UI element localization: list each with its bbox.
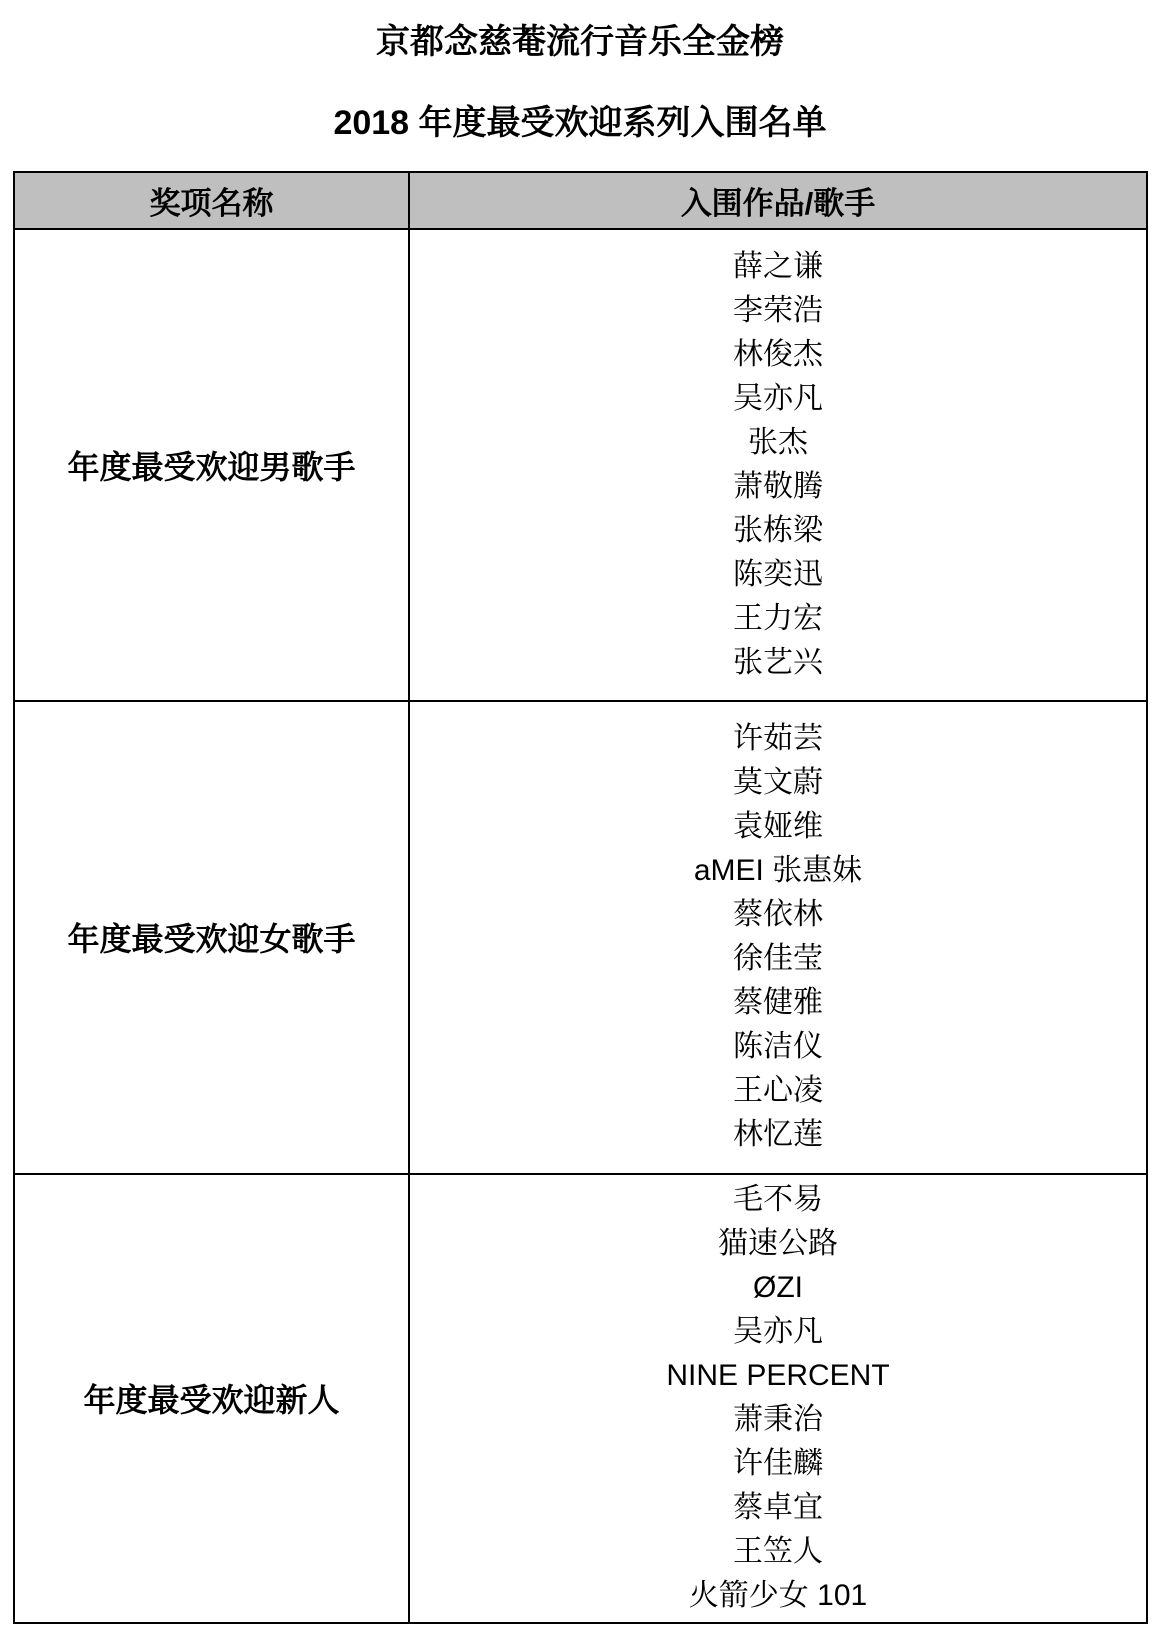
nominee-line: 吴亦凡	[410, 1310, 1146, 1354]
nominee-line: 毛不易	[410, 1178, 1146, 1222]
award-name-cell: 年度最受欢迎男歌手	[14, 229, 409, 701]
table-row: 年度最受欢迎新人 毛不易猫速公路ØZI吴亦凡NINE PERCENT萧秉治许佳麟…	[14, 1174, 1147, 1623]
document-title: 京都念慈菴流行音乐全金榜	[0, 0, 1160, 61]
nominee-line: aMEI 张惠妹	[410, 849, 1146, 893]
nominee-line: 萧秉治	[410, 1398, 1146, 1442]
nominee-line: 陈洁仪	[410, 1025, 1146, 1069]
nominee-line: ØZI	[410, 1266, 1146, 1310]
nominee-line: 薛之谦	[410, 245, 1146, 289]
nominee-line: 张栋梁	[410, 509, 1146, 553]
nominee-line: 蔡健雅	[410, 981, 1146, 1025]
nominees-cell: 薛之谦李荣浩林俊杰吴亦凡张杰萧敬腾张栋梁陈奕迅王力宏张艺兴	[409, 229, 1147, 701]
table-row: 年度最受欢迎男歌手 薛之谦李荣浩林俊杰吴亦凡张杰萧敬腾张栋梁陈奕迅王力宏张艺兴	[14, 229, 1147, 701]
nominee-line: 王力宏	[410, 597, 1146, 641]
header-award-name: 奖项名称	[14, 172, 409, 229]
nominee-line: 王笠人	[410, 1530, 1146, 1574]
nominee-line: 蔡卓宜	[410, 1486, 1146, 1530]
nominee-line: 徐佳莹	[410, 937, 1146, 981]
nominee-line: 张艺兴	[410, 641, 1146, 685]
nominee-line: 萧敬腾	[410, 465, 1146, 509]
nominee-line: 许佳麟	[410, 1442, 1146, 1486]
nominee-line: 袁娅维	[410, 805, 1146, 849]
award-name-cell: 年度最受欢迎新人	[14, 1174, 409, 1623]
table-header-row: 奖项名称 入围作品/歌手	[14, 172, 1147, 229]
award-name-cell: 年度最受欢迎女歌手	[14, 701, 409, 1174]
nominee-line: 陈奕迅	[410, 553, 1146, 597]
nominees-cell: 许茹芸莫文蔚袁娅维aMEI 张惠妹蔡依林徐佳莹蔡健雅陈洁仪王心凌林忆莲	[409, 701, 1147, 1174]
nominee-line: 王心凌	[410, 1069, 1146, 1113]
nominee-line: 莫文蔚	[410, 761, 1146, 805]
nominee-line: 李荣浩	[410, 289, 1146, 333]
nominees-table: 奖项名称 入围作品/歌手 年度最受欢迎男歌手 薛之谦李荣浩林俊杰吴亦凡张杰萧敬腾…	[13, 171, 1148, 1624]
nominee-line: 林忆莲	[410, 1113, 1146, 1157]
table-row: 年度最受欢迎女歌手 许茹芸莫文蔚袁娅维aMEI 张惠妹蔡依林徐佳莹蔡健雅陈洁仪王…	[14, 701, 1147, 1174]
header-nominees: 入围作品/歌手	[409, 172, 1147, 229]
nominees-cell: 毛不易猫速公路ØZI吴亦凡NINE PERCENT萧秉治许佳麟蔡卓宜王笠人火箭少…	[409, 1174, 1147, 1623]
nominee-line: NINE PERCENT	[410, 1354, 1146, 1398]
nominee-line: 火箭少女 101	[410, 1574, 1146, 1618]
nominee-line: 林俊杰	[410, 333, 1146, 377]
document-subtitle: 2018 年度最受欢迎系列入围名单	[0, 105, 1160, 142]
nominee-line: 吴亦凡	[410, 377, 1146, 421]
nominee-line: 猫速公路	[410, 1222, 1146, 1266]
nominee-line: 张杰	[410, 421, 1146, 465]
nominee-line: 蔡依林	[410, 893, 1146, 937]
nominee-line: 许茹芸	[410, 717, 1146, 761]
document-page: 京都念慈菴流行音乐全金榜 2018 年度最受欢迎系列入围名单 奖项名称 入围作品…	[0, 0, 1160, 1651]
